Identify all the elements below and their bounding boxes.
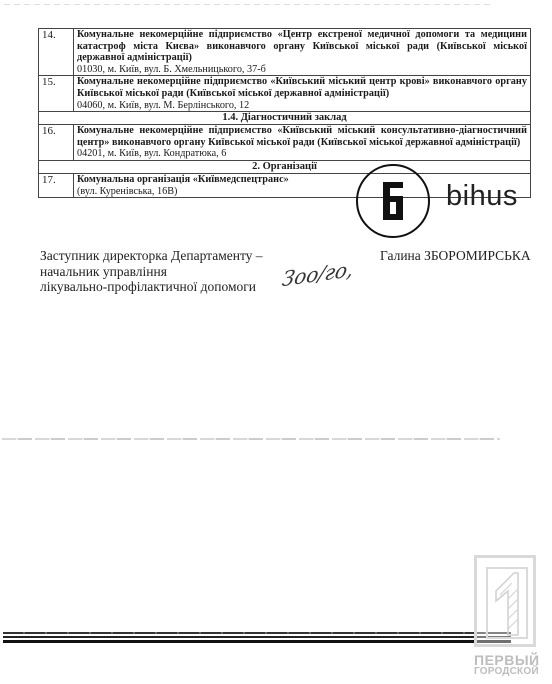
bihus-logo-icon [356,164,430,238]
table-row: 16. Комунальне некомерційне підприємство… [39,125,531,161]
institution-name: Комунальне некомерційне підприємство «Ки… [77,76,527,99]
bihus-wordmark: bihus [446,180,518,213]
bihus-glyph-icon [382,182,404,220]
table-row: 15. Комунальне некомерційне підприємство… [39,76,531,112]
pershyi-gorodskoi-watermark: ПЕРВЫЙ ГОРОДСКОЙ [474,555,544,684]
signatory-name: Галина ЗБОРОМИРСЬКА [380,248,531,264]
row-number: 15. [39,76,74,112]
table-row: 14. Комунальне некомерційне підприємство… [39,29,531,76]
row-content: Комунальне некомерційне підприємство «Ки… [74,76,531,112]
scan-artifact-top [4,4,494,5]
scan-artifact-middle [2,438,500,440]
institution-name: Комунальне некомерційне підприємство «Це… [77,29,527,64]
institution-address: 01030, м. Київ, вул. Б. Хмельницького, 3… [77,64,527,76]
handwritten-signature: Зоо/го, [280,257,355,292]
number-one-icon [488,569,526,637]
section-row: 1.4. Діагностичний заклад [39,112,531,125]
section-heading: 1.4. Діагностичний заклад [39,112,531,125]
row-number: 16. [39,125,74,161]
institution-address: 04060, м. Київ, вул. М. Берлінського, 12 [77,100,527,112]
position-line: начальник управління [40,264,263,280]
bihus-watermark: bihus [356,164,518,238]
institution-address: 04201, м. Київ, вул. Кондратюка, 6 [77,148,527,160]
row-content: Комунальне некомерційне підприємство «Ки… [74,125,531,161]
row-number: 14. [39,29,74,76]
institution-name: Комунальне некомерційне підприємство «Ки… [77,125,527,148]
scan-artifact-bottom [3,632,511,645]
row-content: Комунальне некомерційне підприємство «Це… [74,29,531,76]
position-line: лікувально-профілактичної допомоги [40,279,263,295]
logo-line-1: ПЕРВЫЙ [474,654,544,666]
row-number: 17. [39,173,74,197]
position-line: Заступник директорка Департаменту – [40,248,263,264]
logo-line-2: ГОРОДСКОЙ [474,666,544,678]
logo-frame-icon [474,555,536,647]
signatory-position: Заступник директорка Департаменту – нача… [40,248,263,295]
